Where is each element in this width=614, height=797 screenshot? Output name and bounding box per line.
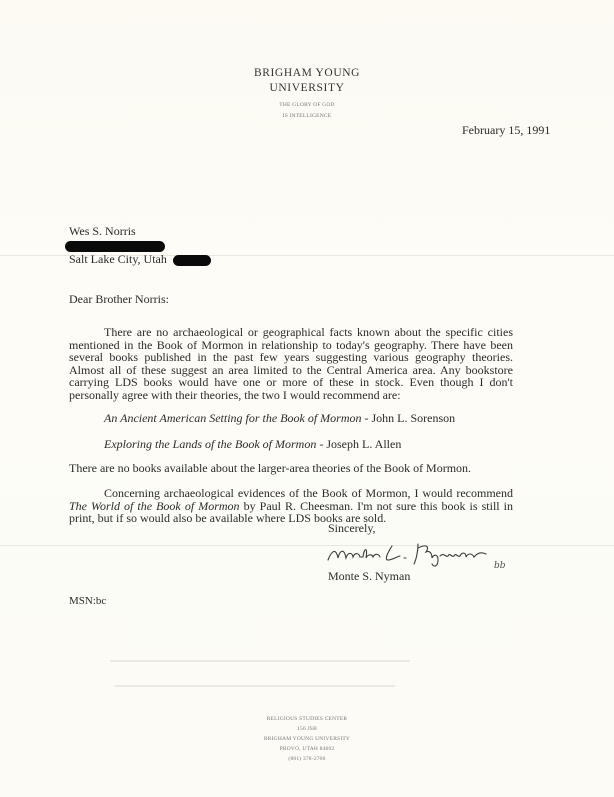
valediction: Sincerely, bbox=[328, 521, 376, 536]
paragraph-1: There are no archaeological or geographi… bbox=[69, 326, 513, 402]
handwritten-signature: bb bbox=[322, 538, 542, 572]
letterhead-footer: RELIGIOUS STUDIES CENTER 156 JSB BRIGHAM… bbox=[0, 714, 614, 764]
letterhead: BRIGHAM YOUNG UNIVERSITY THE GLORY OF GO… bbox=[0, 66, 614, 121]
footer-line1: RELIGIOUS STUDIES CENTER bbox=[0, 714, 614, 724]
institution-name-line1: BRIGHAM YOUNG bbox=[0, 66, 614, 81]
footer-line3: BRIGHAM YOUNG UNIVERSITY bbox=[0, 734, 614, 744]
letter-page: BRIGHAM YOUNG UNIVERSITY THE GLORY OF GO… bbox=[0, 0, 614, 797]
redacted-zip-code bbox=[173, 255, 211, 266]
recipient-address: Wes S. Norris Salt Lake City, Utah bbox=[69, 224, 211, 266]
book-recommendation-2: Exploring the Lands of the Book of Mormo… bbox=[104, 437, 401, 452]
paragraph-3: Concerning archaeological evidences of t… bbox=[69, 487, 513, 525]
motto-line1: THE GLORY OF GOD bbox=[0, 101, 614, 110]
recipient-name: Wes S. Norris bbox=[69, 224, 211, 238]
book-title: Exploring the Lands of the Book of Mormo… bbox=[104, 437, 316, 451]
book-title: An Ancient American Setting for the Book… bbox=[104, 411, 362, 425]
footer-line4: PROVO, UTAH 84602 bbox=[0, 744, 614, 754]
book-author: - John L. Sorenson bbox=[362, 411, 456, 425]
footer-line5: (801) 378-2706 bbox=[0, 754, 614, 764]
signature-initials: bb bbox=[494, 561, 506, 571]
motto-line2: IS INTELLIGENCE bbox=[0, 112, 614, 121]
paragraph-2: There are no books available about the l… bbox=[69, 462, 513, 475]
signer-name: Monte S. Nyman bbox=[328, 569, 410, 584]
institution-name-line2: UNIVERSITY bbox=[0, 81, 614, 96]
book-recommendation-1: An Ancient American Setting for the Book… bbox=[104, 411, 455, 426]
faint-bleed-through bbox=[115, 685, 395, 687]
reference-initials: MSN:bc bbox=[69, 595, 106, 607]
footer-line2: 156 JSB bbox=[0, 724, 614, 734]
redacted-street-address bbox=[65, 241, 165, 252]
letter-date: February 15, 1991 bbox=[462, 123, 550, 138]
book-author: - Joseph L. Allen bbox=[316, 437, 401, 451]
salutation: Dear Brother Norris: bbox=[69, 292, 169, 307]
recipient-city-state: Salt Lake City, Utah bbox=[69, 252, 167, 266]
faint-bleed-through bbox=[110, 660, 410, 662]
